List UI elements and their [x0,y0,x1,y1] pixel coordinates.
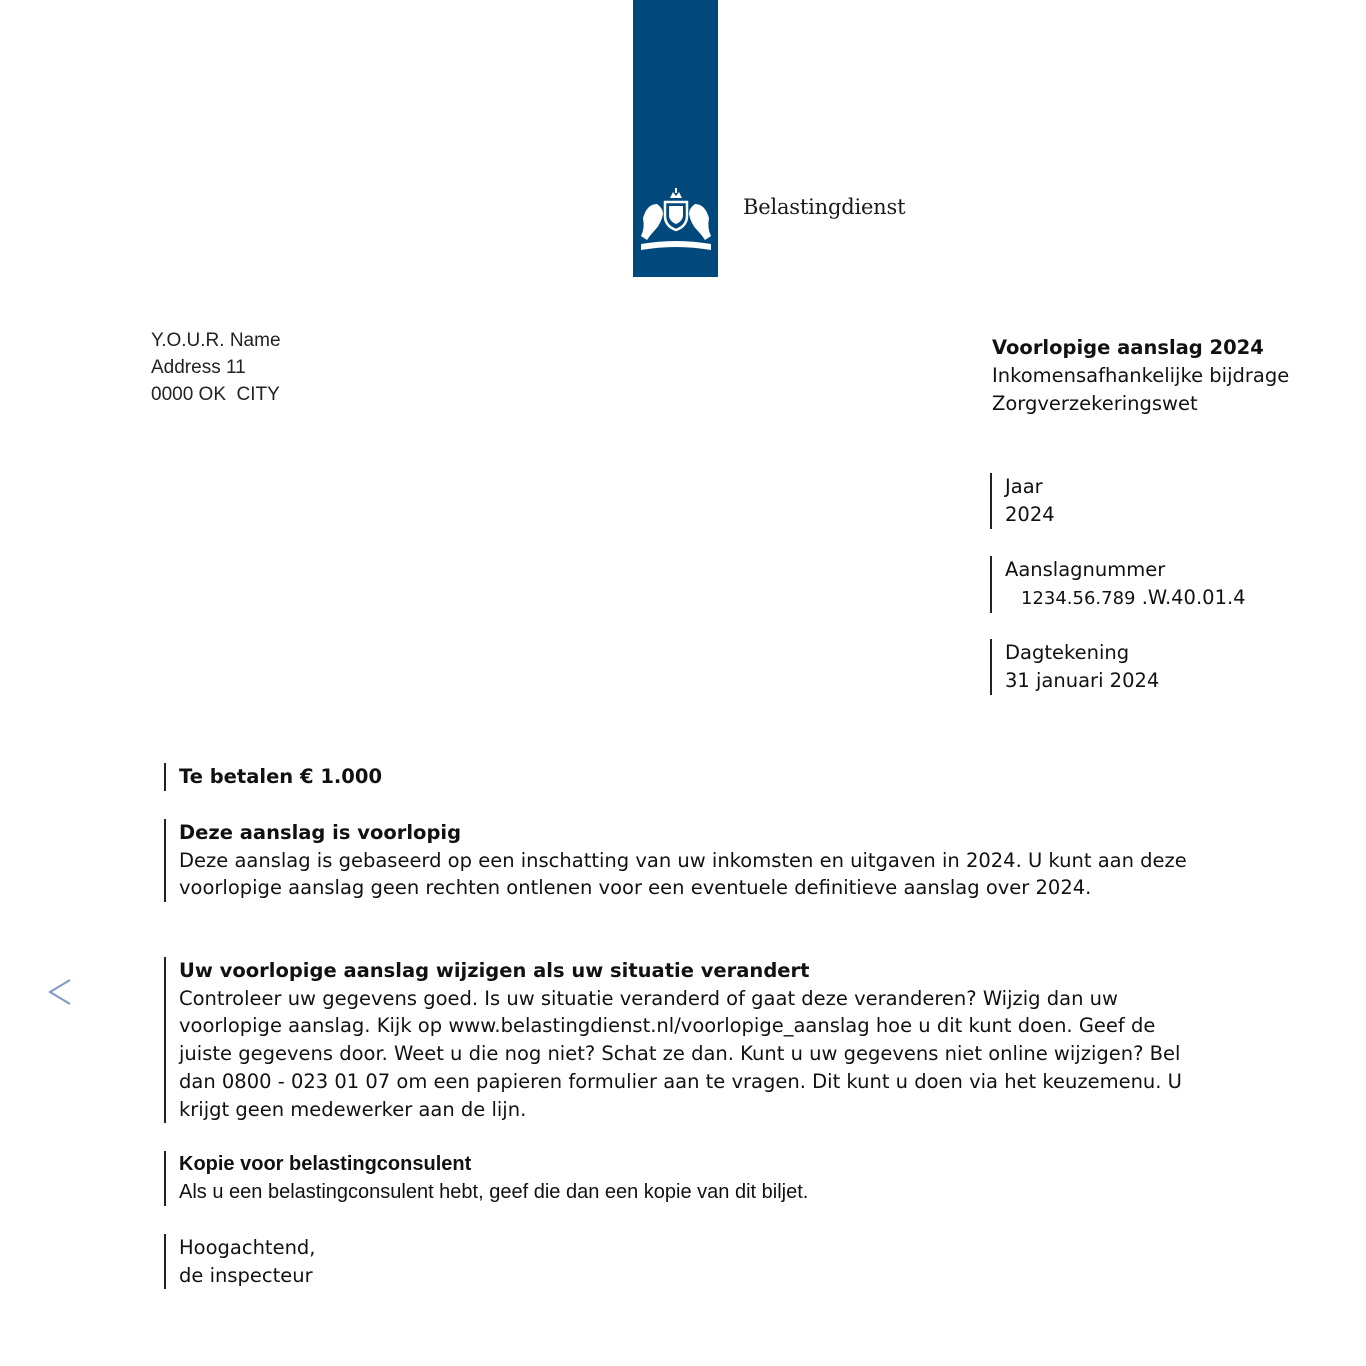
recipient-street: Address 11 [151,354,281,381]
section-provisional: Deze aanslag is voorlopig Deze aanslag i… [164,819,1189,902]
meta-date: Dagtekening 31 januari 2024 [990,639,1159,695]
meta-date-label: Dagtekening [1005,639,1159,667]
document-title-block: Voorlopige aanslag 2024 Inkomensafhankel… [992,334,1289,418]
section-change: Uw voorlopige aanslag wijzigen als uw si… [164,957,1189,1123]
section-body: Controleer uw gegevens goed. Is uw situa… [179,985,1189,1124]
coat-of-arms-icon [637,188,715,256]
section-heading: Kopie voor belastingconsulent [179,1151,1189,1179]
recipient-name: Y.O.U.R. Name [151,327,281,354]
meta-year-label: Jaar [1005,473,1055,501]
closing-greeting: Hoogachtend, [179,1234,1189,1262]
amount-due: Te betalen € 1.000 [179,763,1189,791]
closing-signature: de inspecteur [179,1262,1189,1290]
assessment-number-suffix: .W.40.01.4 [1136,586,1246,609]
document-subtitle-2: Zorgverzekeringswet [992,390,1289,418]
section-heading: Deze aanslag is voorlopig [179,819,1189,847]
brand-name: Belastingdienst [743,195,905,219]
meta-year-value: 2024 [1005,501,1055,529]
payment-block: Te betalen € 1.000 [164,763,1189,791]
chevron-left-icon[interactable] [44,972,76,1012]
document-subtitle: Inkomensafhankelijke bijdrage [992,362,1289,390]
document-title: Voorlopige aanslag 2024 [992,334,1289,362]
meta-assessment-number: Aanslagnummer 1234.56.789 .W.40.01.4 [990,556,1246,613]
assessment-number: 1234.56.789 [1021,588,1136,609]
meta-date-value: 31 januari 2024 [1005,667,1159,695]
section-body: Als u een belastingconsulent hebt, geef … [179,1179,1189,1207]
meta-number-label: Aanslagnummer [1005,556,1246,584]
meta-year: Jaar 2024 [990,473,1055,529]
section-heading: Uw voorlopige aanslag wijzigen als uw si… [179,957,1189,985]
closing-block: Hoogachtend, de inspecteur [164,1234,1189,1289]
recipient-city: 0000 OK CITY [151,381,281,408]
recipient-address: Y.O.U.R. Name Address 11 0000 OK CITY [151,327,281,408]
meta-number-value: 1234.56.789 .W.40.01.4 [1005,584,1246,613]
section-body: Deze aanslag is gebaseerd op een inschat… [179,847,1189,902]
section-consultant: Kopie voor belastingconsulent Als u een … [164,1151,1189,1206]
